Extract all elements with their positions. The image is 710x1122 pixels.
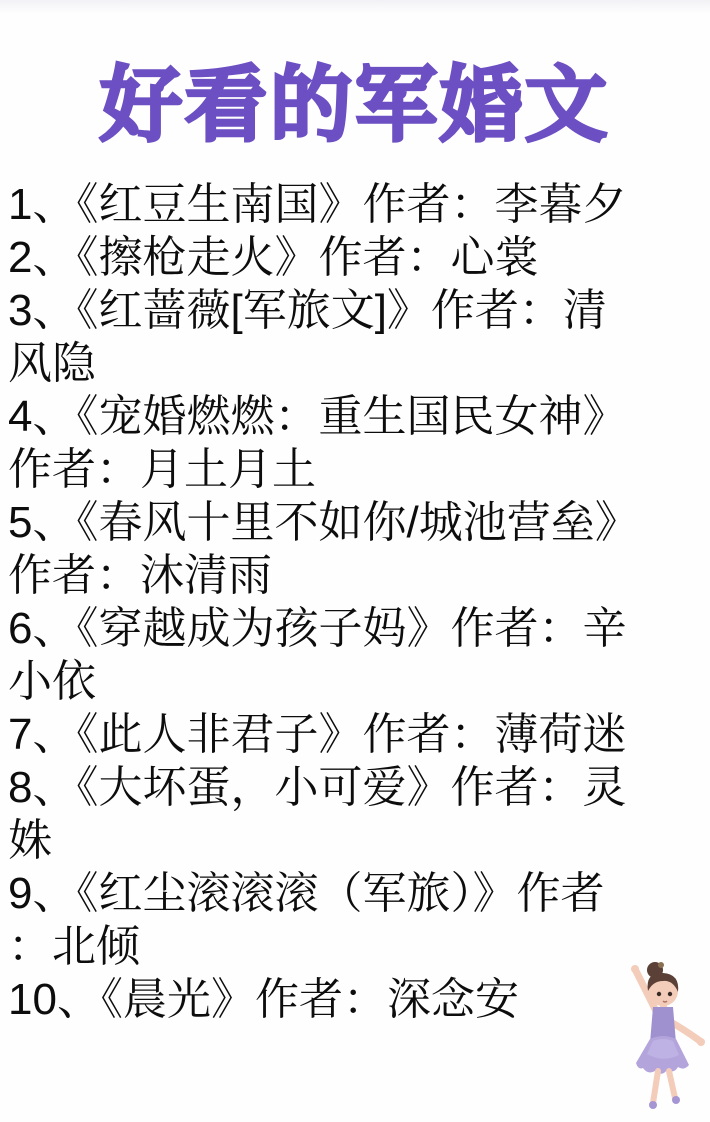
page-title: 好看的军婚文 <box>0 58 710 154</box>
book-list-line: 7、《此人非君子》作者：薄荷迷 <box>8 708 704 761</box>
book-list-item: 10、《晨光》作者：深念安 <box>8 973 704 1026</box>
book-list-item: 4、《宠婚燃燃：重生国民女神》 作者：月土月土 <box>8 390 704 496</box>
book-list-line: 4、《宠婚燃燃：重生国民女神》 <box>8 390 704 443</box>
book-list-line: ：北倾 <box>8 920 704 973</box>
book-list-line: 9、《红尘滚滚滚（军旅）》作者 <box>8 867 704 920</box>
book-list-line: 风隐 <box>8 337 704 390</box>
book-list-item: 1、《红豆生南国》作者：李暮夕 <box>8 178 704 231</box>
book-list-line: 作者：沐清雨 <box>8 549 704 602</box>
book-list-line: 6、《穿越成为孩子妈》作者：辛 <box>8 602 704 655</box>
book-list-line: 作者：月土月土 <box>8 443 704 496</box>
book-list-line: 8、《大坏蛋，小可爱》作者：灵 <box>8 761 704 814</box>
book-list-item: 6、《穿越成为孩子妈》作者：辛 小依 <box>8 602 704 708</box>
book-list-line: 10、《晨光》作者：深念安 <box>8 973 704 1026</box>
book-list-line: 2、《擦枪走火》作者：心裳 <box>8 231 704 284</box>
book-list-item: 5、《春风十里不如你/城池营垒》 作者：沐清雨 <box>8 496 704 602</box>
book-list: 1、《红豆生南国》作者：李暮夕 2、《擦枪走火》作者：心裳 3、《红蔷薇[军旅文… <box>0 178 710 1026</box>
book-list-line: 小依 <box>8 655 704 708</box>
book-list-line: 3、《红蔷薇[军旅文]》作者：清 <box>8 284 704 337</box>
book-list-item: 9、《红尘滚滚滚（军旅）》作者 ：北倾 <box>8 867 704 973</box>
ballerina-illustration <box>611 951 706 1114</box>
book-list-item: 8、《大坏蛋，小可爱》作者：灵 姝 <box>8 761 704 867</box>
book-list-line: 1、《红豆生南国》作者：李暮夕 <box>8 178 704 231</box>
book-list-item: 2、《擦枪走火》作者：心裳 <box>8 231 704 284</box>
top-edge-strip <box>0 0 710 14</box>
book-list-line: 5、《春风十里不如你/城池营垒》 <box>8 496 704 549</box>
book-list-item: 3、《红蔷薇[军旅文]》作者：清 风隐 <box>8 284 704 390</box>
book-list-item: 7、《此人非君子》作者：薄荷迷 <box>8 708 704 761</box>
book-list-line: 姝 <box>8 814 704 867</box>
